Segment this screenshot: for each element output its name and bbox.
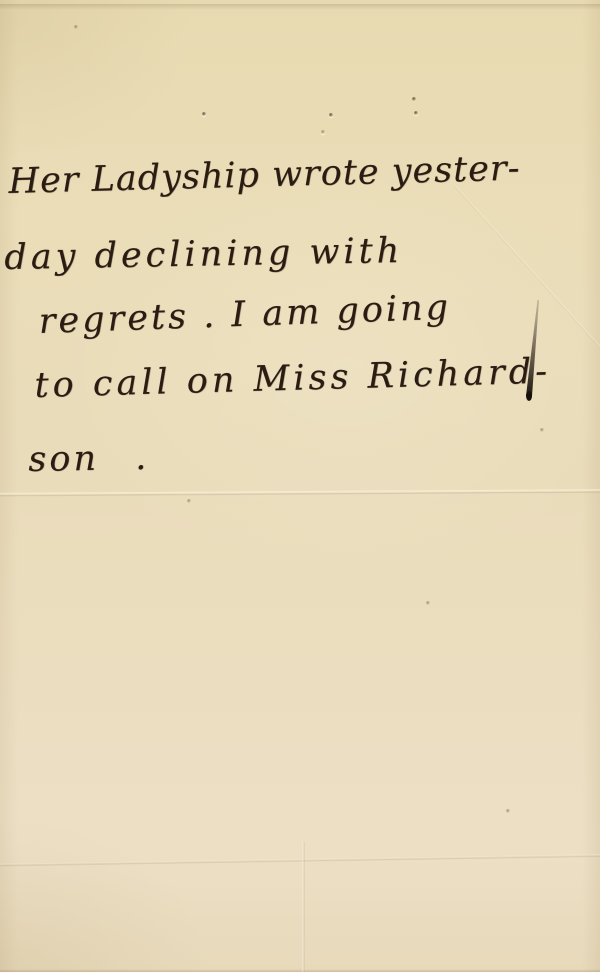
scan-top-edge-shadow: [0, 4, 600, 10]
handwriting-line-3: regrets . I am going: [38, 288, 452, 342]
pinhole: [202, 112, 206, 116]
handwriting-line-5: son .: [28, 438, 150, 480]
paper-speck: [74, 25, 78, 29]
paper-speck: [506, 809, 510, 813]
pinhole: [412, 97, 416, 101]
horizontal-fold-crease-lower: [0, 854, 600, 867]
ink-streak-tear-mark: [515, 296, 547, 408]
handwriting-line-2: day declining with: [4, 231, 403, 278]
scanned-letter-page: Her Ladyship wrote yester- day declining…: [0, 0, 600, 972]
handwriting-line-4: to call on Miss Richard-: [34, 352, 552, 406]
pinhole: [321, 130, 325, 134]
paper-speck: [426, 601, 430, 605]
pinhole: [329, 113, 333, 117]
handwriting-line-1: Her Ladyship wrote yester-: [8, 149, 521, 202]
horizontal-fold-crease-upper: [0, 489, 600, 497]
paper-speck: [540, 428, 544, 432]
vertical-fold-crease: [302, 842, 305, 972]
pinhole: [414, 111, 418, 115]
paper-speck: [187, 499, 191, 503]
